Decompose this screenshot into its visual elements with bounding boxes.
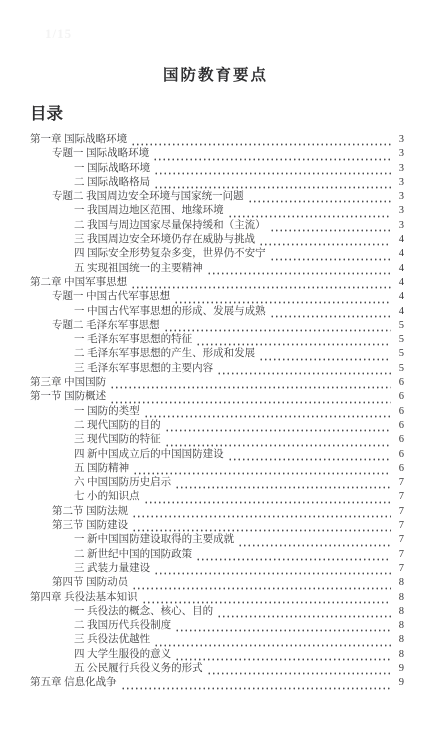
toc-entry-page: 3	[394, 190, 404, 204]
toc-dot-leader	[121, 679, 391, 690]
toc-entry: 二 国际战略格局3	[30, 176, 404, 190]
toc-entry: 三 兵役法优越性8	[30, 633, 404, 647]
toc-entry-label: 专题二 我国周边安全环境与国家统一问题	[52, 190, 244, 204]
toc-entry-page: 7	[394, 490, 404, 504]
toc-entry-page: 3	[394, 133, 404, 147]
toc-dot-leader	[164, 321, 391, 332]
toc-dot-leader	[238, 536, 391, 547]
toc-entry: 第二章 中国军事思想4	[30, 276, 404, 290]
toc-dot-leader	[165, 421, 391, 432]
toc-dot-leader	[196, 550, 391, 561]
toc-entry: 四 大学生服役的意义8	[30, 648, 404, 662]
toc-entry: 第四章 兵役法基本知识8	[30, 591, 404, 605]
page-indicator-watermark: 1/15	[45, 26, 72, 42]
toc-entry-label: 二 国际战略格局	[74, 176, 150, 190]
toc-entry-page: 5	[394, 319, 404, 333]
toc-entry-page: 8	[394, 591, 404, 605]
toc-dot-leader	[207, 264, 391, 275]
toc-entry: 二 我国与周边国家尽量保持缓和（主流）3	[30, 219, 404, 233]
toc-dot-leader	[196, 335, 391, 346]
toc-entry: 三 我国周边安全环境仍存在威胁与挑战4	[30, 233, 404, 247]
toc-entry: 三 现代国防的特征6	[30, 433, 404, 447]
toc-dot-leader	[132, 521, 391, 532]
toc-dot-leader	[165, 436, 391, 447]
toc-dot-leader	[175, 478, 391, 489]
toc-entry: 三 毛泽东军事思想的主要内容5	[30, 362, 404, 376]
toc-entry: 二 现代国防的目的6	[30, 419, 404, 433]
toc-entry: 第五章 信息化战争9	[30, 676, 404, 690]
toc-entry-page: 4	[394, 276, 404, 290]
toc-entry-label: 第四章 兵役法基本知识	[30, 591, 138, 605]
document-page: 1/15 国防教育要点 目录 第一章 国际战略环境3专题一 国际战略环境3一 国…	[0, 0, 431, 740]
toc-entry: 第三章 中国国防6	[30, 376, 404, 390]
toc-entry: 专题二 毛泽东军事思想5	[30, 319, 404, 333]
toc-entry-label: 第二章 中国军事思想	[30, 276, 127, 290]
toc-entry-label: 一 国防的类型	[74, 405, 140, 419]
toc-entry-page: 8	[394, 648, 404, 662]
toc-entry-label: 第三节 国防建设	[52, 519, 128, 533]
toc-entry-page: 8	[394, 619, 404, 633]
toc-entry-label: 四 新中国成立后的中国国防建设	[74, 448, 224, 462]
toc-dot-leader	[110, 393, 391, 404]
toc-entry: 一 中国古代军事思想的形成、发展与成熟4	[30, 305, 404, 319]
toc-dot-leader	[144, 493, 391, 504]
toc-entry-page: 3	[394, 147, 404, 161]
toc-entry-label: 三 现代国防的特征	[74, 433, 161, 447]
toc-entry-label: 专题一 国际战略环境	[52, 147, 149, 161]
toc-entry: 一 新中国国防建设取得的主要成就7	[30, 533, 404, 547]
toc-dot-leader	[228, 207, 391, 218]
toc-entry: 一 毛泽东军事思想的特征5	[30, 333, 404, 347]
toc-entry-page: 4	[394, 262, 404, 276]
toc-entry-page: 3	[394, 176, 404, 190]
toc-entry-page: 8	[394, 633, 404, 647]
toc-dot-leader	[133, 464, 391, 475]
toc-dot-leader	[154, 178, 391, 189]
toc-entry-page: 6	[394, 433, 404, 447]
toc-dot-leader	[270, 250, 391, 261]
toc-dot-leader	[174, 293, 391, 304]
toc-entry-page: 4	[394, 290, 404, 304]
toc-dot-leader	[132, 579, 391, 590]
toc-entry: 二 毛泽东军事思想的产生、形成和发展5	[30, 347, 404, 361]
toc-dot-leader	[259, 350, 391, 361]
toc-dot-leader	[270, 221, 391, 232]
toc-entry: 第一节 国防概述6	[30, 390, 404, 404]
toc-entry-page: 5	[394, 362, 404, 376]
document-title: 国防教育要点	[0, 0, 431, 88]
toc-dot-leader	[248, 192, 391, 203]
toc-dot-leader	[259, 235, 391, 246]
toc-entry: 四 新中国成立后的中国国防建设6	[30, 448, 404, 462]
toc-entry-page: 6	[394, 405, 404, 419]
toc-entry: 二 新世纪中国的国防政策7	[30, 548, 404, 562]
toc-entry-label: 五 国防精神	[74, 462, 129, 476]
toc-entry-page: 5	[394, 333, 404, 347]
toc-entry: 一 国际战略环境3	[30, 162, 404, 176]
toc-entry-label: 第四节 国防动员	[52, 576, 128, 590]
toc-dot-leader	[142, 593, 391, 604]
toc-entry-label: 第一节 国防概述	[30, 390, 106, 404]
toc-entry-page: 5	[394, 347, 404, 361]
toc-entry-page: 7	[394, 562, 404, 576]
toc-entry-page: 6	[394, 376, 404, 390]
toc-entry-label: 一 我国周边地区范围、地缘环境	[74, 204, 224, 218]
toc-dot-leader	[153, 150, 391, 161]
toc-entry-page: 4	[394, 247, 404, 261]
toc-entry: 第四节 国防动员8	[30, 576, 404, 590]
table-of-contents: 第一章 国际战略环境3专题一 国际战略环境3一 国际战略环境3二 国际战略格局3…	[30, 133, 404, 691]
toc-entry-label: 三 我国周边安全环境仍存在威胁与挑战	[74, 233, 255, 247]
toc-entry-label: 七 小的知识点	[74, 490, 140, 504]
toc-entry-page: 8	[394, 576, 404, 590]
toc-entry-label: 二 我国与周边国家尽量保持缓和（主流）	[74, 219, 266, 233]
toc-entry-page: 7	[394, 476, 404, 490]
toc-entry: 第三节 国防建设7	[30, 519, 404, 533]
toc-entry-label: 一 中国古代军事思想的形成、发展与成熟	[74, 305, 266, 319]
toc-entry: 一 国防的类型6	[30, 405, 404, 419]
toc-entry: 专题二 我国周边安全环境与国家统一问题3	[30, 190, 404, 204]
toc-dot-leader	[217, 364, 391, 375]
toc-entry-label: 二 新世纪中国的国防政策	[74, 548, 192, 562]
toc-entry-label: 专题一 中国古代军事思想	[52, 290, 170, 304]
toc-dot-leader	[154, 164, 391, 175]
toc-entry-page: 6	[394, 462, 404, 476]
toc-entry-page: 6	[394, 419, 404, 433]
toc-dot-leader	[175, 650, 391, 661]
toc-entry-label: 五 公民履行兵役义务的形式	[74, 662, 203, 676]
toc-entry: 五 公民履行兵役义务的形式9	[30, 662, 404, 676]
toc-entry: 六 中国国防历史启示7	[30, 476, 404, 490]
toc-dot-leader	[207, 664, 391, 675]
toc-entry-label: 四 大学生服役的意义	[74, 648, 171, 662]
toc-entry-page: 9	[394, 662, 404, 676]
toc-dot-leader	[175, 621, 391, 632]
toc-entry: 一 兵役法的概念、核心、目的8	[30, 605, 404, 619]
toc-dot-leader	[217, 607, 391, 618]
toc-entry: 二 我国历代兵役制度8	[30, 619, 404, 633]
toc-entry-page: 6	[394, 448, 404, 462]
toc-entry: 四 国际安全形势复杂多变，世界仍不安宁4	[30, 247, 404, 261]
toc-entry-label: 一 毛泽东军事思想的特征	[74, 333, 192, 347]
toc-entry-label: 二 现代国防的目的	[74, 419, 161, 433]
toc-entry: 三 武装力量建设7	[30, 562, 404, 576]
toc-dot-leader	[132, 507, 391, 518]
toc-entry-label: 专题二 毛泽东军事思想	[52, 319, 160, 333]
toc-entry-page: 7	[394, 548, 404, 562]
toc-entry-page: 3	[394, 204, 404, 218]
toc-dot-leader	[131, 135, 391, 146]
toc-entry-label: 一 国际战略环境	[74, 162, 150, 176]
toc-entry-page: 8	[394, 605, 404, 619]
toc-entry-label: 四 国际安全形势复杂多变，世界仍不安宁	[74, 247, 266, 261]
toc-entry-page: 7	[394, 505, 404, 519]
toc-entry-page: 6	[394, 390, 404, 404]
toc-dot-leader	[131, 278, 391, 289]
toc-heading: 目录	[30, 104, 431, 124]
toc-entry-page: 7	[394, 533, 404, 547]
toc-dot-leader	[154, 636, 391, 647]
toc-entry-page: 3	[394, 162, 404, 176]
toc-entry-label: 三 兵役法优越性	[74, 633, 150, 647]
toc-entry: 第一章 国际战略环境3	[30, 133, 404, 147]
toc-entry-label: 二 我国历代兵役制度	[74, 619, 171, 633]
toc-entry-label: 五 实现祖国统一的主要精神	[74, 262, 203, 276]
toc-entry-label: 第二节 国防法规	[52, 505, 128, 519]
toc-entry: 专题一 中国古代军事思想4	[30, 290, 404, 304]
toc-dot-leader	[154, 564, 391, 575]
toc-entry-label: 一 兵役法的概念、核心、目的	[74, 605, 213, 619]
toc-entry-label: 第三章 中国国防	[30, 376, 106, 390]
toc-entry: 五 国防精神6	[30, 462, 404, 476]
toc-entry-page: 4	[394, 233, 404, 247]
toc-dot-leader	[144, 407, 391, 418]
toc-dot-leader	[270, 307, 391, 318]
toc-entry-label: 二 毛泽东军事思想的产生、形成和发展	[74, 347, 255, 361]
toc-entry-label: 六 中国国防历史启示	[74, 476, 171, 490]
toc-entry: 五 实现祖国统一的主要精神4	[30, 262, 404, 276]
toc-dot-leader	[228, 450, 391, 461]
toc-entry-page: 9	[394, 676, 404, 690]
toc-entry-label: 三 武装力量建设	[74, 562, 150, 576]
toc-entry-label: 第五章 信息化战争	[30, 676, 117, 690]
toc-dot-leader	[110, 378, 391, 389]
toc-entry-page: 3	[394, 219, 404, 233]
toc-entry: 一 我国周边地区范围、地缘环境3	[30, 204, 404, 218]
toc-entry: 第二节 国防法规7	[30, 505, 404, 519]
toc-entry-label: 一 新中国国防建设取得的主要成就	[74, 533, 234, 547]
toc-entry-label: 三 毛泽东军事思想的主要内容	[74, 362, 213, 376]
toc-entry-page: 7	[394, 519, 404, 533]
toc-entry: 七 小的知识点7	[30, 490, 404, 504]
toc-entry: 专题一 国际战略环境3	[30, 147, 404, 161]
toc-entry-page: 4	[394, 305, 404, 319]
toc-entry-label: 第一章 国际战略环境	[30, 133, 127, 147]
